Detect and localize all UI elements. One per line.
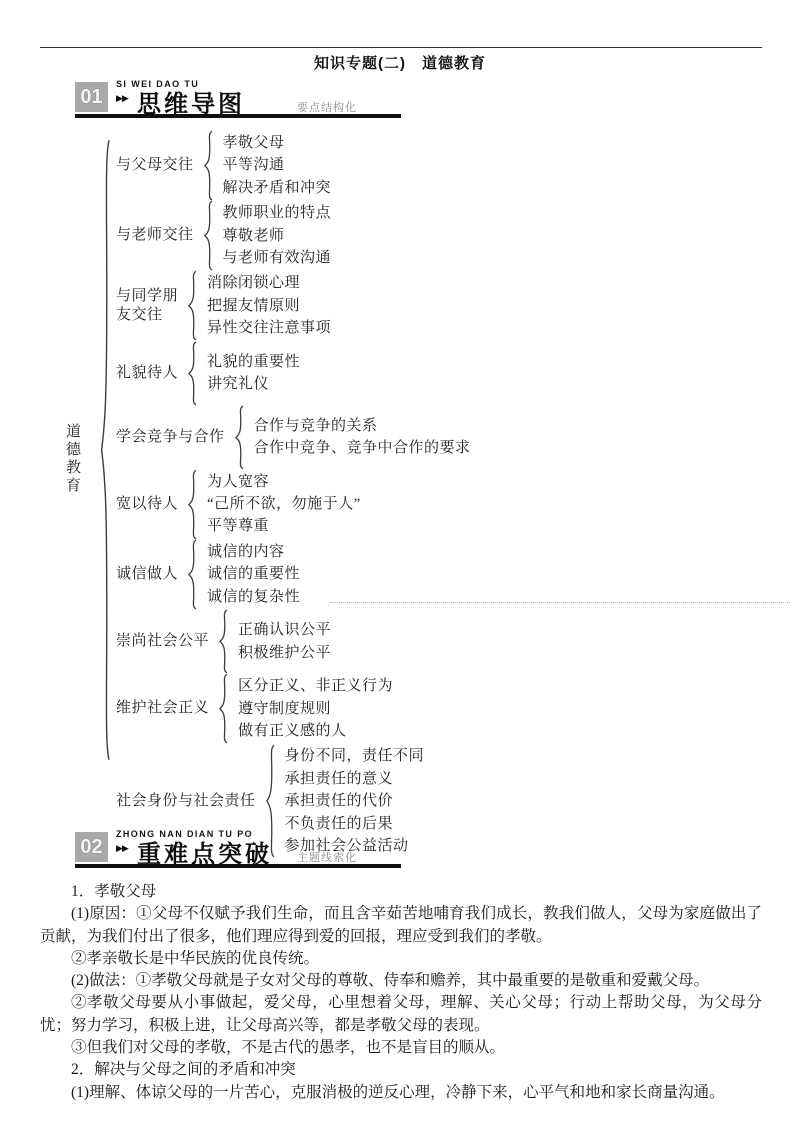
branch-item: 讲究礼仪: [207, 373, 300, 395]
branch-item: 身份不同，责任不同: [285, 745, 425, 767]
paragraph: (1)理解、体谅父母的一片苦心，克服消极的逆反心理，冷静下来，心平气和地和家长商…: [40, 1082, 762, 1104]
mindmap-branch: 崇尚社会公平 正确认识公平 积极维护公平: [116, 611, 779, 672]
branch-item: 承担责任的意义: [285, 768, 425, 790]
branch-item: 遵守制度规则: [238, 698, 393, 720]
branch-label: 与父母交往: [116, 156, 194, 175]
section-underline: [75, 864, 401, 868]
brace-icon: [185, 270, 198, 341]
brace-icon: [232, 405, 245, 470]
dotted-leader-line: [330, 602, 790, 603]
section-number-badge: 01: [75, 82, 108, 112]
branch-label: 与同学朋 友交往: [116, 287, 178, 325]
page-top-rule: [40, 47, 762, 48]
branch-item: 合作中竞争、竞争中合作的要求: [254, 437, 471, 459]
mindmap-root-label: 道德教育: [62, 423, 83, 495]
branch-item: 为人宽容: [207, 471, 361, 493]
branch-item: 正确认识公平: [238, 619, 331, 641]
paragraph: 2．解决与父母之间的矛盾和冲突: [40, 1059, 762, 1081]
branch-item: 孝敬父母: [223, 132, 332, 154]
double-arrow-icon: ▶▶: [116, 844, 128, 854]
branch-item: 教师职业的特点: [223, 202, 332, 224]
section-subtitle: 要点结构化: [297, 99, 357, 115]
mindmap-branch: 维护社会正义 区分正义、非正义行为 遵守制度规则 做有正义感的人: [116, 675, 779, 742]
mindmap-branch: 与老师交往 教师职业的特点 尊敬老师 与老师有效沟通: [116, 202, 779, 269]
branch-item: 解决矛盾和冲突: [223, 177, 332, 199]
brace-icon: [216, 609, 229, 674]
branch-label: 宽以待人: [116, 495, 178, 514]
paragraph: (2)做法：①孝敬父母就是子女对父母的尊敬、侍奉和赡养，其中最重要的是敬重和爱戴…: [40, 970, 762, 992]
mindmap-branch: 与父母交往 孝敬父母 平等沟通 解决矛盾和冲突: [116, 132, 779, 199]
branch-item: 异性交往注意事项: [207, 317, 331, 339]
paragraph: ②孝亲敬长是中华民族的优良传统。: [40, 948, 762, 970]
section-subtitle: 主题线索化: [297, 849, 357, 865]
branch-label: 社会身份与社会责任: [116, 792, 256, 811]
brace-icon: [185, 539, 198, 610]
branch-label: 与老师交往: [116, 226, 194, 245]
mindmap-branch: 学会竞争与合作 合作与竞争的关系 合作中竞争、竞争中合作的要求: [116, 407, 779, 468]
branch-item: 平等沟通: [223, 154, 332, 176]
mindmap: 道德教育 与父母交往 孝敬父母 平等沟通 解决矛盾和冲突 与老师交往 教师职业的…: [99, 132, 779, 857]
branch-item: 诚信的复杂性: [207, 586, 300, 608]
branch-item: 礼貌的重要性: [207, 351, 300, 373]
branch-label: 诚信做人: [116, 565, 178, 584]
paragraph: ③但我们对父母的孝敬，不是古代的愚孝，也不是盲目的顺从。: [40, 1037, 762, 1059]
branch-item: 平等尊重: [207, 515, 361, 537]
branch-item: 诚信的内容: [207, 541, 300, 563]
branch-item: 把握友情原则: [207, 295, 331, 317]
branch-label: 崇尚社会公平: [116, 632, 209, 651]
brace-icon: [185, 341, 198, 406]
branch-item: 积极维护公平: [238, 642, 331, 664]
branch-label: 学会竞争与合作: [116, 428, 225, 447]
mindmap-branch: 宽以待人 为人宽容 “己所不欲，勿施于人” 平等尊重: [116, 471, 779, 538]
branch-item: 消除闭锁心理: [207, 272, 331, 294]
brace-icon: [201, 130, 214, 201]
double-arrow-icon: ▶▶: [116, 94, 128, 104]
branch-item: 诚信的重要性: [207, 563, 300, 585]
root-brace-icon: [98, 134, 111, 766]
branch-label: 维护社会正义: [116, 699, 209, 718]
branch-item: 尊敬老师: [223, 225, 332, 247]
section-header-02: 02 ZHONG NAN DIAN TU PO ▶▶ 重难点突破 主题线索化: [75, 829, 401, 871]
mindmap-branch: 诚信做人 诚信的内容 诚信的重要性 诚信的复杂性: [116, 541, 779, 608]
section-underline: [75, 114, 401, 118]
mindmap-branches: 与父母交往 孝敬父母 平等沟通 解决矛盾和冲突 与老师交往 教师职业的特点 尊敬…: [116, 132, 779, 857]
branch-item: 合作与竞争的关系: [254, 415, 471, 437]
section-number-badge: 02: [75, 832, 108, 862]
paragraph: ②孝敬父母要从小事做起，爱父母，心里想着父母，理解、关心父母；行动上帮助父母，为…: [40, 992, 762, 1037]
mindmap-branch: 礼貌待人 礼貌的重要性 讲究礼仪: [116, 343, 779, 404]
branch-item: 做有正义感的人: [238, 720, 393, 742]
brace-icon: [201, 200, 214, 271]
branch-item: 与老师有效沟通: [223, 247, 332, 269]
section-header-01: 01 SI WEI DAO TU ▶▶ 思维导图 要点结构化: [75, 79, 401, 121]
paragraph: 1．孝敬父母: [40, 881, 762, 903]
paragraph: (1)原因：①父母不仅赋予我们生命，而且含辛茹苦地哺育我们成长，教我们做人，父母…: [40, 903, 762, 948]
body-content: 1．孝敬父母 (1)原因：①父母不仅赋予我们生命，而且含辛茹苦地哺育我们成长，教…: [40, 881, 762, 1104]
brace-icon: [216, 673, 229, 744]
branch-item: “己所不欲，勿施于人”: [207, 493, 361, 515]
brace-icon: [185, 469, 198, 540]
branch-item: 区分正义、非正义行为: [238, 675, 393, 697]
branch-label: 礼貌待人: [116, 364, 178, 383]
document-title: 知识专题(二) 道德教育: [0, 52, 800, 73]
mindmap-branch: 与同学朋 友交往 消除闭锁心理 把握友情原则 异性交往注意事项: [116, 272, 779, 339]
branch-item: 承担责任的代价: [285, 790, 425, 812]
